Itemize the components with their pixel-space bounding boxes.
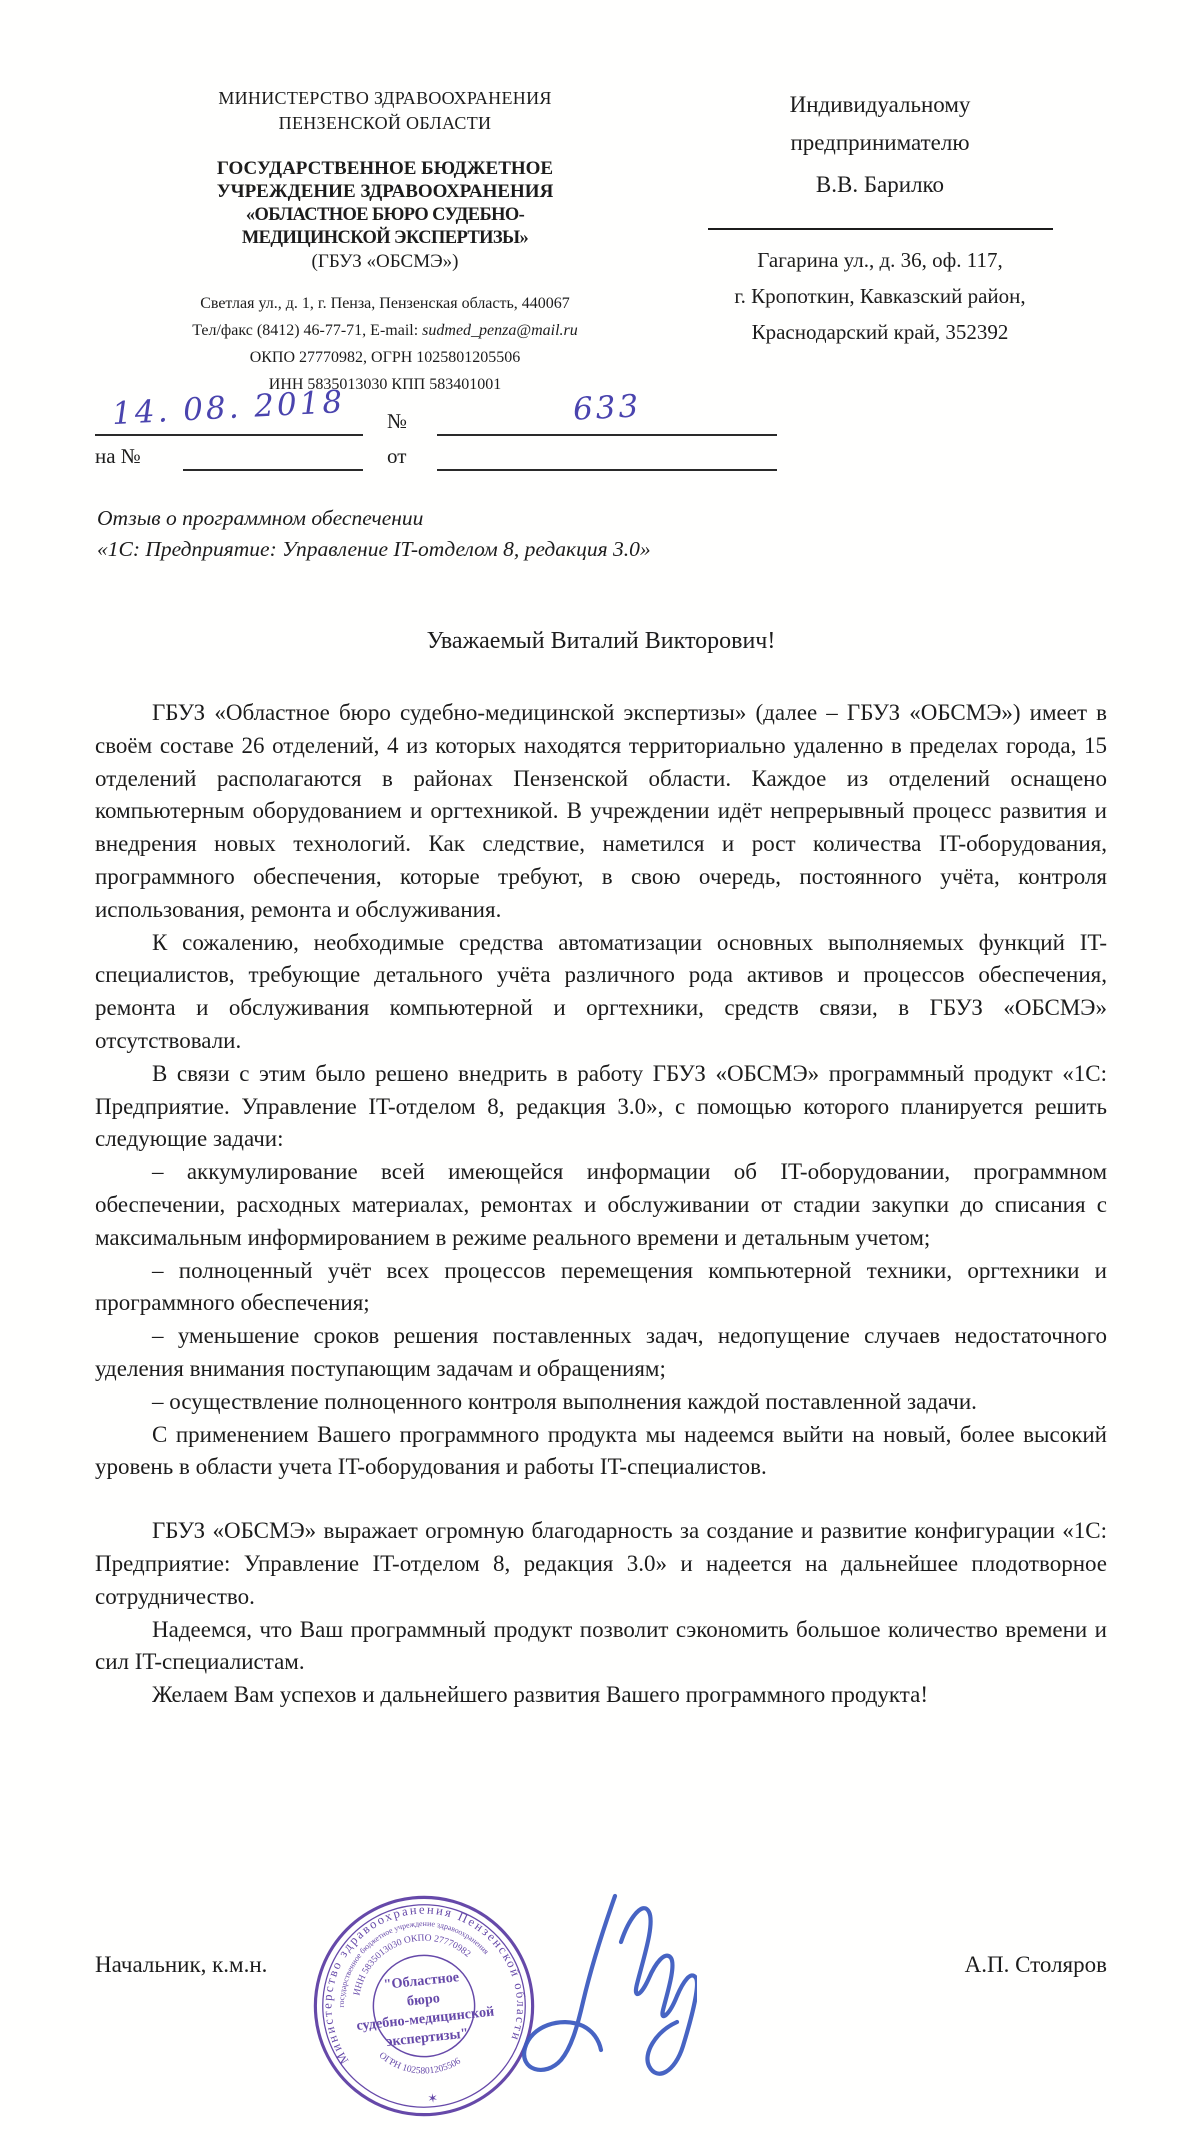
paragraph-7: Желаем Вам успехов и дальнейшего развити…: [95, 1679, 1107, 1712]
subject-line2: «1С: Предприятие: Управление IT-отделом …: [97, 534, 651, 565]
paragraph-4: С применением Вашего программного продук…: [95, 1419, 1107, 1485]
recipient-line2: предпринимателю: [645, 124, 1115, 162]
paragraph-2: К сожалению, необходимые средства автома…: [95, 927, 1107, 1058]
recipient-address-line3: Краснодарский край, 352392: [645, 314, 1115, 350]
stamp-center-line2: бюро: [406, 1990, 440, 2009]
org-line1: ГОСУДАРСТВЕННОЕ БЮДЖЕТНОЕ: [150, 157, 620, 180]
letter-body: ГБУЗ «Областное бюро судебно-медицинской…: [95, 697, 1107, 1712]
bullet-1: – аккумулирование всей имеющейся информа…: [95, 1156, 1107, 1254]
stamp-star: ✶: [427, 2091, 439, 2106]
recipient-name: В.В. Барилко: [645, 172, 1115, 198]
salutation: Уважаемый Виталий Викторович!: [95, 628, 1107, 655]
scanned-letter-page: МИНИСТЕРСТВО ЗДРАВООХРАНЕНИЯ ПЕНЗЕНСКОЙ …: [0, 0, 1190, 2138]
recipient-address-line2: г. Кропоткин, Кавказский район,: [645, 278, 1115, 314]
recipient-address-block: Гагарина ул., д. 36, оф. 117, г. Кропотк…: [645, 242, 1115, 350]
from-date-label: от: [387, 444, 423, 471]
signer-name: А.П. Столяров: [965, 1952, 1107, 1978]
bullet-3: – уменьшение сроков решения поставленных…: [95, 1320, 1107, 1386]
paragraph-1: ГБУЗ «Областное бюро судебно-медицинской…: [95, 697, 1107, 927]
ministry-line1: МИНИСТЕРСТВО ЗДРАВООХРАНЕНИЯ: [150, 86, 620, 111]
from-date-blank-line: [437, 443, 777, 471]
letter-subject: Отзыв о программном обеспечении «1С: Пре…: [97, 503, 651, 565]
date-field: 14. 08. 2018: [95, 388, 363, 436]
in-reply-to-field: на №: [95, 443, 363, 471]
bullet-2: – полноценный учёт всех процессов переме…: [95, 1255, 1107, 1321]
number-label: №: [387, 409, 423, 436]
sender-phone: Тел/факс (8412) 46-77-71, E-mail:: [192, 322, 422, 339]
sender-email: sudmed_penza@mail.ru: [422, 322, 578, 339]
reference-row-1: 14. 08. 2018 № 633: [95, 388, 795, 436]
signature-ink-dot: [662, 2012, 665, 2015]
letterhead-sender: МИНИСТЕРСТВО ЗДРАВООХРАНЕНИЯ ПЕНЗЕНСКОЙ …: [150, 86, 620, 398]
handwritten-signature: [483, 1890, 697, 2090]
signature-stroke-2: [621, 1908, 697, 2074]
signer-position: Начальник, к.м.н.: [95, 1952, 267, 1978]
ministry-line2: ПЕНЗЕНСКОЙ ОБЛАСТИ: [150, 111, 620, 136]
bullet-4: – осуществление полноценного контроля вы…: [95, 1386, 1107, 1419]
signature-stroke-1: [524, 1896, 615, 2070]
organization-short-name: (ГБУЗ «ОБСМЭ»): [150, 250, 620, 274]
handwritten-number: 633: [572, 386, 642, 430]
paragraph-3: В связи с этим было решено внедрить в ра…: [95, 1058, 1107, 1156]
letterhead-recipient: Индивидуальному предпринимателю В.В. Бар…: [645, 86, 1115, 350]
in-reply-to-blank-line: [183, 443, 363, 471]
sender-contact-block: Светлая ул., д. 1, г. Пенза, Пензенская …: [150, 290, 620, 398]
org-line3: «ОБЛАСТНОЕ БЮРО СУДЕБНО-: [157, 203, 613, 226]
ministry-name: МИНИСТЕРСТВО ЗДРАВООХРАНЕНИЯ ПЕНЗЕНСКОЙ …: [150, 86, 620, 136]
recipient-line1: Индивидуальному: [645, 86, 1115, 124]
org-line4: МЕДИЦИНСКОЙ ЭКСПЕРТИЗЫ»: [157, 226, 613, 249]
recipient-address-line1: Гагарина ул., д. 36, оф. 117,: [645, 242, 1115, 278]
paragraph-6: Надеемся, что Ваш программный продукт по…: [95, 1614, 1107, 1680]
sender-okpo-ogrn: ОКПО 27770982, ОГРН 1025801205506: [150, 344, 620, 371]
reference-block: 14. 08. 2018 № 633 на № от: [95, 388, 795, 471]
paragraph-5: ГБУЗ «ОБСМЭ» выражает огромную благодарн…: [95, 1515, 1107, 1613]
sender-phone-email: Тел/факс (8412) 46-77-71, E-mail: sudmed…: [150, 317, 620, 344]
handwritten-date: 14. 08. 2018: [112, 382, 347, 434]
sender-address: Светлая ул., д. 1, г. Пенза, Пензенская …: [150, 290, 620, 317]
organization-name: ГОСУДАРСТВЕННОЕ БЮДЖЕТНОЕ УЧРЕЖДЕНИЕ ЗДР…: [150, 157, 620, 249]
number-field: 633: [437, 388, 777, 436]
org-line2: УЧРЕЖДЕНИЕ ЗДРАВООХРАНЕНИЯ: [150, 180, 620, 203]
recipient-title: Индивидуальному предпринимателю: [645, 86, 1115, 162]
reference-row-2: на № от: [95, 443, 795, 471]
subject-line1: Отзыв о программном обеспечении: [97, 503, 651, 534]
in-reply-to-label: на №: [95, 444, 183, 471]
recipient-divider-line: [708, 228, 1053, 230]
stamp-center-line1: "Областное: [383, 1969, 460, 1993]
